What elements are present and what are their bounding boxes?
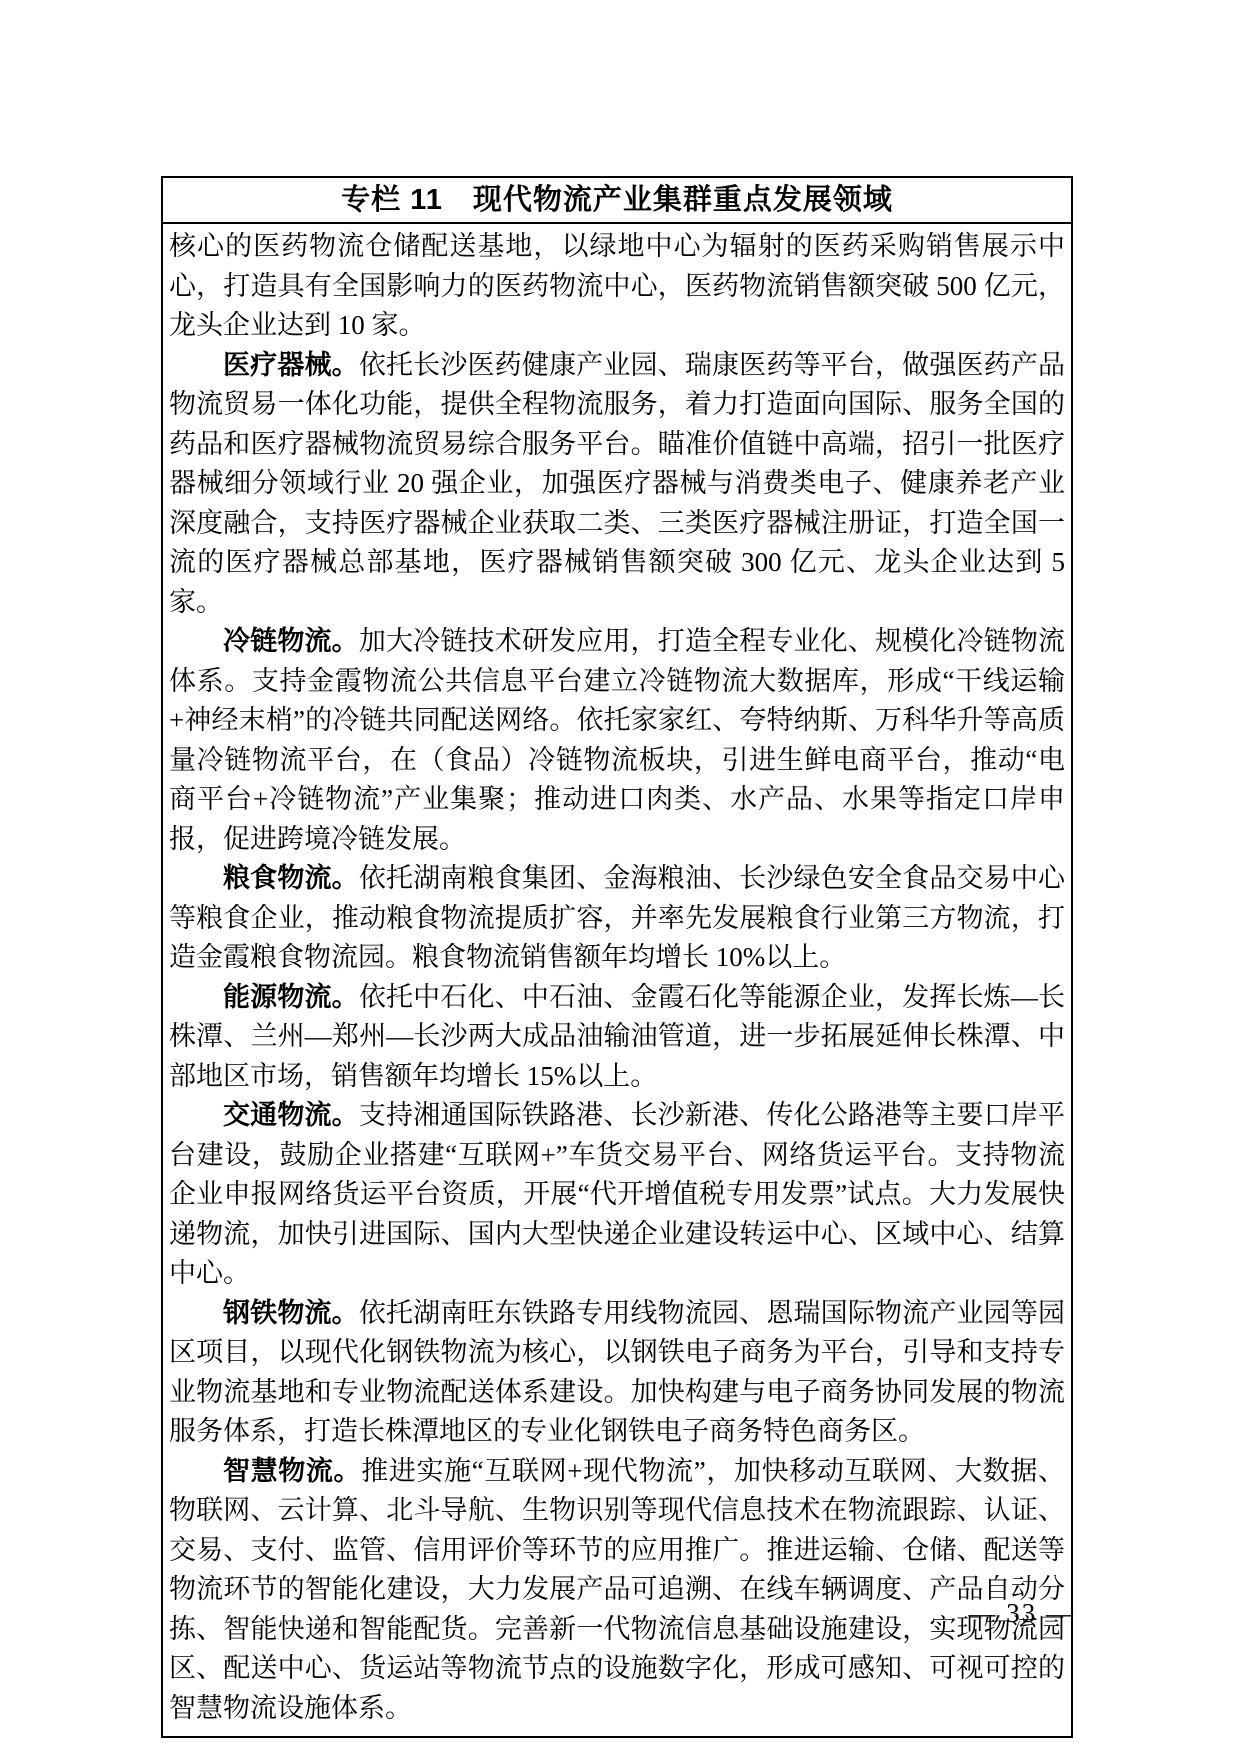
paragraph-lead: 钢铁物流。 <box>223 1298 359 1328</box>
paragraph-text: 推进实施“互联网+现代物流”，加快移动互联网、大数据、物联网、云计算、北斗导航、… <box>169 1456 1065 1723</box>
paragraph-text: 依托长沙医药健康产业园、瑞康医药等平台，做强医药产品物流贸易一体化功能，提供全程… <box>169 350 1065 617</box>
paragraph: 粮食物流。依托湖南粮食集团、金海粮油、长沙绿色安全食品交易中心等粮食企业，推动粮… <box>169 859 1065 978</box>
box-body: 核心的医药物流仓储配送基地，以绿地中心为辐射的医药采购销售展示中心，打造具有全国… <box>163 224 1071 1736</box>
page-number: — 33 — <box>969 1598 1076 1629</box>
paragraph-lead: 能源物流。 <box>223 982 359 1012</box>
paragraph: 交通物流。支持湘通国际铁路港、长沙新港、传化公路港等主要口岸平台建设，鼓励企业搭… <box>169 1096 1065 1294</box>
paragraph-text: 加大冷链技术研发应用，打造全程专业化、规模化冷链物流体系。支持金霞物流公共信息平… <box>169 626 1065 854</box>
column-box: 专栏 11 现代物流产业集群重点发展领域 核心的医药物流仓储配送基地，以绿地中心… <box>161 176 1073 1738</box>
paragraph: 冷链物流。加大冷链技术研发应用，打造全程专业化、规模化冷链物流体系。支持金霞物流… <box>169 622 1065 859</box>
paragraph: 核心的医药物流仓储配送基地，以绿地中心为辐射的医药采购销售展示中心，打造具有全国… <box>169 227 1065 346</box>
paragraph-text: 核心的医药物流仓储配送基地，以绿地中心为辐射的医药采购销售展示中心，打造具有全国… <box>169 231 1065 340</box>
paragraph: 医疗器械。依托长沙医药健康产业园、瑞康医药等平台，做强医药产品物流贸易一体化功能… <box>169 346 1065 623</box>
paragraph: 钢铁物流。依托湖南旺东铁路专用线物流园、恩瑞国际物流产业园等园区项目，以现代化钢… <box>169 1294 1065 1452</box>
paragraph: 能源物流。依托中石化、中石油、金霞石化等能源企业，发挥长炼—长株潭、兰州—郑州—… <box>169 978 1065 1097</box>
paragraph-lead: 粮食物流。 <box>223 863 359 893</box>
document-page: 专栏 11 现代物流产业集群重点发展领域 核心的医药物流仓储配送基地，以绿地中心… <box>0 0 1241 1754</box>
paragraph-lead: 交通物流。 <box>223 1100 359 1130</box>
paragraph-lead: 冷链物流。 <box>223 626 359 656</box>
box-title: 专栏 11 现代物流产业集群重点发展领域 <box>163 178 1071 224</box>
paragraph: 智慧物流。推进实施“互联网+现代物流”，加快移动互联网、大数据、物联网、云计算、… <box>169 1452 1065 1729</box>
paragraph-lead: 医疗器械。 <box>223 350 359 380</box>
paragraph-lead: 智慧物流。 <box>223 1456 361 1486</box>
